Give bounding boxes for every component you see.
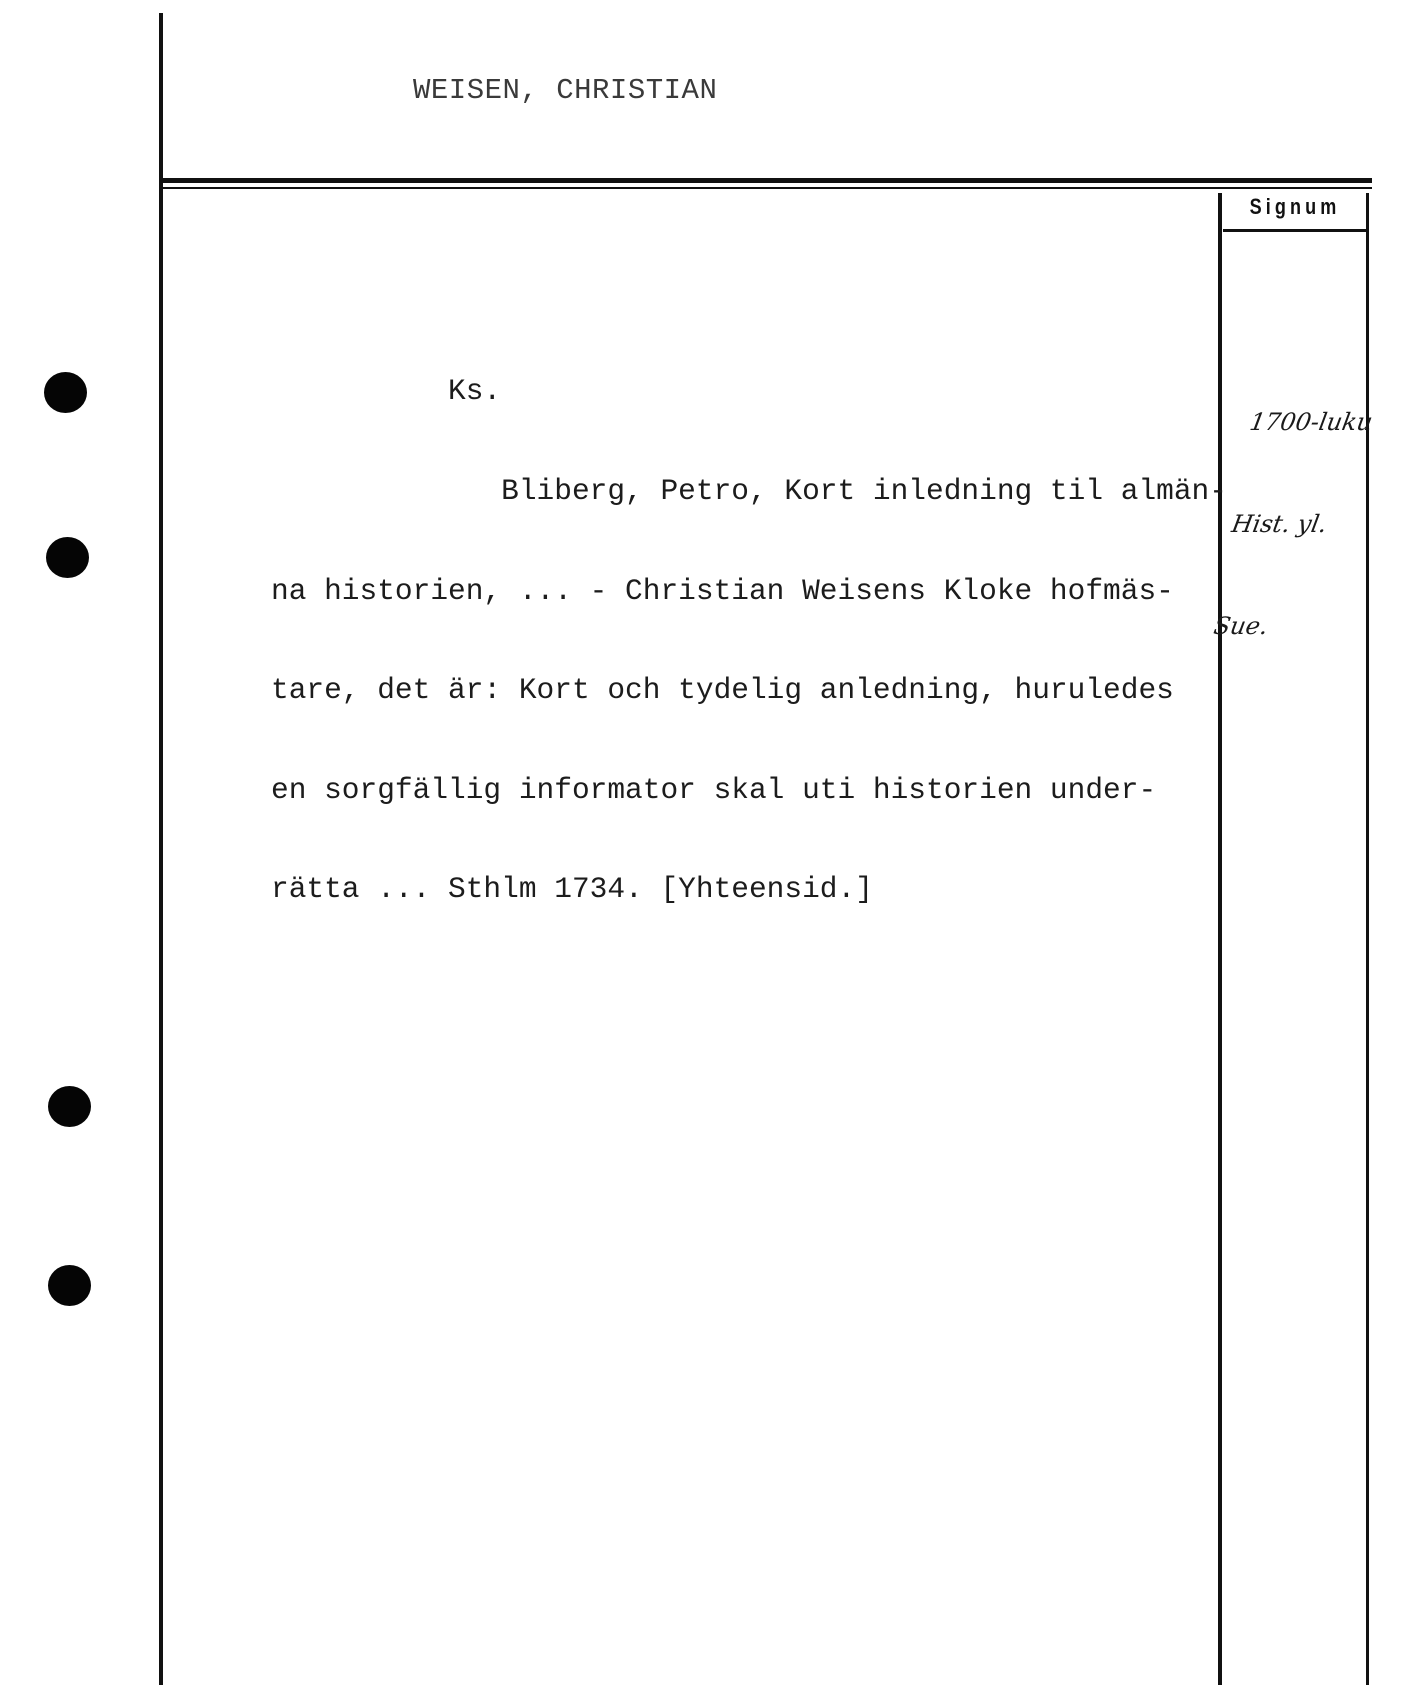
- header-rule-thin: [163, 187, 1372, 189]
- signum-line: Sue.: [1211, 609, 1357, 643]
- signum-line: 1700-luku: [1247, 405, 1393, 439]
- header-rule-thick: [163, 178, 1372, 183]
- signum-column-label: Signum: [1235, 194, 1355, 220]
- punch-hole-3: [48, 1086, 91, 1127]
- entry-line: na historien, ... - Christian Weisens Kl…: [271, 575, 1231, 608]
- entry-line: en sorgfällig informator skal uti histor…: [271, 774, 1231, 807]
- punch-hole-4: [48, 1265, 91, 1306]
- entry-line: rätta ... Sthlm 1734. [Yhteensid.]: [271, 873, 1231, 906]
- bibliographic-entry: Ks. Bliberg, Petro, Kort inledning til a…: [271, 309, 1231, 973]
- entry-line: Ks.: [271, 375, 1231, 408]
- left-margin-rule: [159, 13, 163, 1685]
- signum-label-underline: [1223, 229, 1366, 232]
- punch-hole-2: [46, 537, 89, 578]
- catalog-card: WEISEN, CHRISTIAN Signum Ks. Bliberg, Pe…: [0, 0, 1418, 1688]
- punch-hole-1: [44, 372, 87, 413]
- entry-line: tare, det är: Kort och tydelig anledning…: [271, 674, 1231, 707]
- card-heading: WEISEN, CHRISTIAN: [413, 74, 717, 107]
- entry-line: Bliberg, Petro, Kort inledning til almän…: [271, 475, 1231, 508]
- signum-line: Hist. yl.: [1229, 507, 1375, 541]
